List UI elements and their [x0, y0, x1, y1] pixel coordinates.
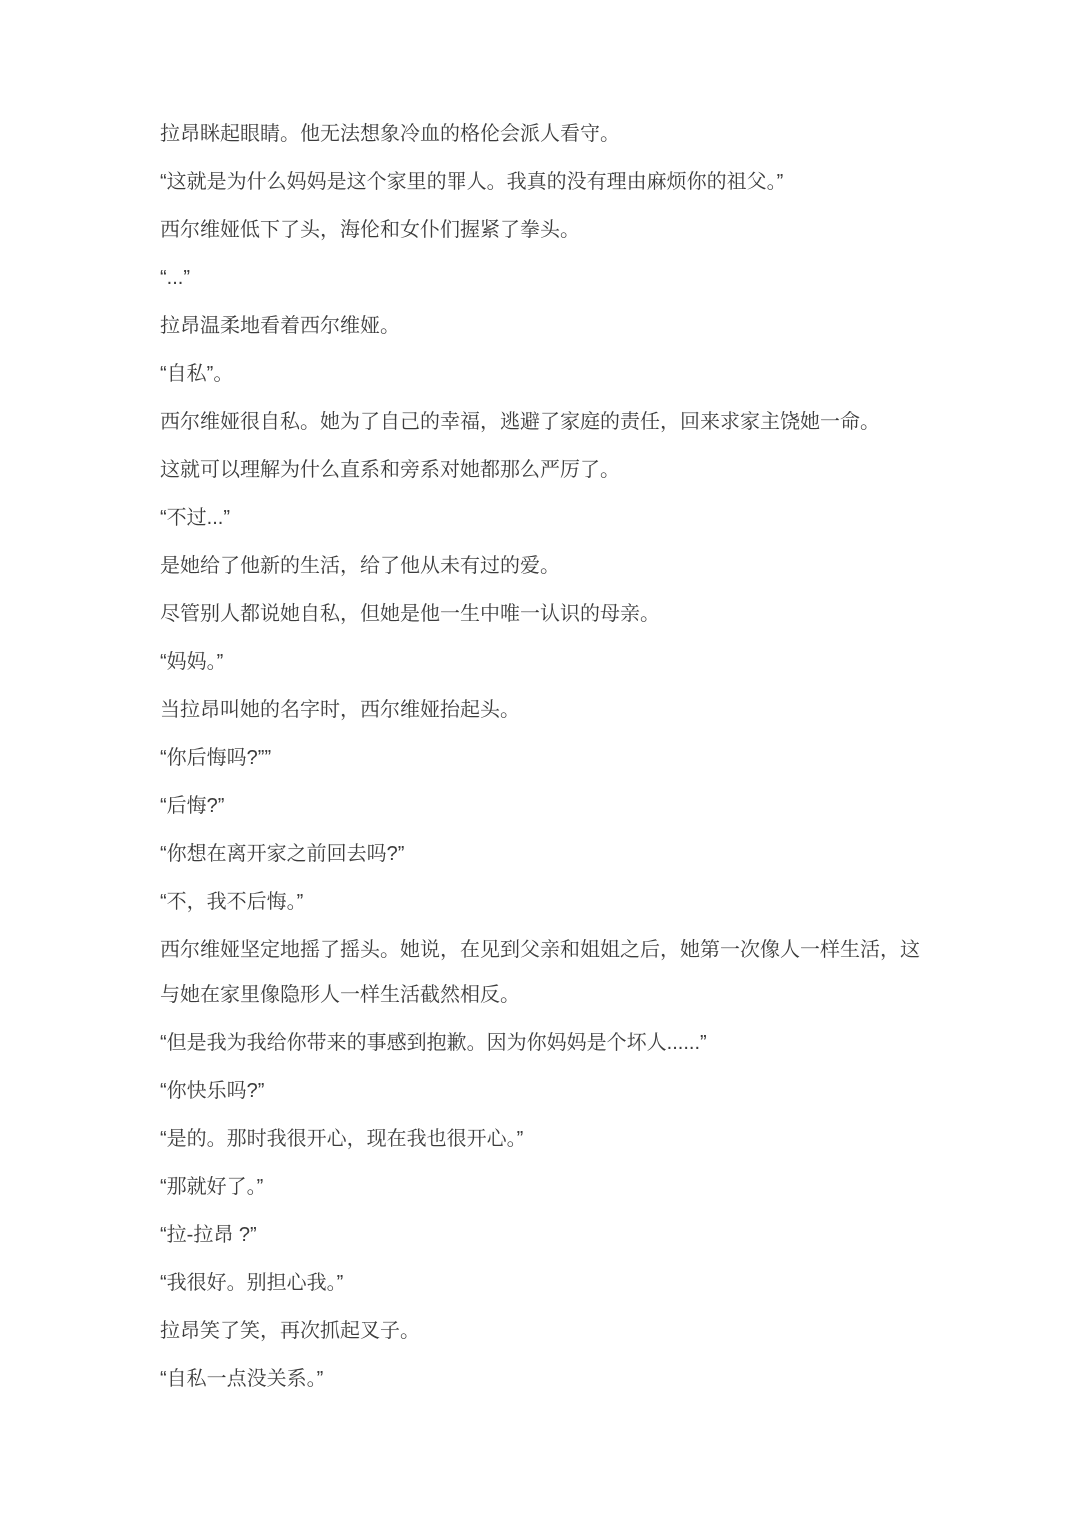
paragraph: 当拉昂叫她的名字时，西尔维娅抬起头。 — [160, 688, 932, 733]
paragraph: “但是我为我给你带来的事感到抱歉。因为你妈妈是个坏人......” — [160, 1021, 932, 1066]
paragraph: “...” — [160, 256, 932, 301]
document-body: 拉昂眯起眼睛。他无法想象冷血的格伦会派人看守。 “这就是为什么妈妈是这个家里的罪… — [160, 112, 932, 1402]
paragraph: “是的。那时我很开心，现在我也很开心。” — [160, 1117, 932, 1162]
paragraph: “拉-拉昂 ?” — [160, 1213, 932, 1258]
paragraph: 这就可以理解为什么直系和旁系对她都那么严厉了。 — [160, 448, 932, 493]
paragraph: 拉昂温柔地看着西尔维娅。 — [160, 304, 932, 349]
paragraph: 西尔维娅坚定地摇了摇头。她说，在见到父亲和姐姐之后，她第一次像人一样生活，这与她… — [160, 928, 932, 1018]
paragraph: “妈妈。” — [160, 640, 932, 685]
paragraph: “不，我不后悔。” — [160, 880, 932, 925]
paragraph: “我很好。别担心我。” — [160, 1261, 932, 1306]
paragraph: “你后悔吗?”” — [160, 736, 932, 781]
paragraph: “自私”。 — [160, 352, 932, 397]
paragraph: “你想在离开家之前回去吗?” — [160, 832, 932, 877]
paragraph: “自私一点没关系。” — [160, 1357, 932, 1402]
paragraph: “后悔?” — [160, 784, 932, 829]
paragraph: “你快乐吗?” — [160, 1069, 932, 1114]
paragraph: 拉昂笑了笑，再次抓起叉子。 — [160, 1309, 932, 1354]
paragraph: 拉昂眯起眼睛。他无法想象冷血的格伦会派人看守。 — [160, 112, 932, 157]
paragraph: 尽管别人都说她自私，但她是他一生中唯一认识的母亲。 — [160, 592, 932, 637]
paragraph: 是她给了他新的生活，给了他从未有过的爱。 — [160, 544, 932, 589]
paragraph: “那就好了。” — [160, 1165, 932, 1210]
paragraph: 西尔维娅低下了头，海伦和女仆们握紧了拳头。 — [160, 208, 932, 253]
paragraph: “不过...” — [160, 496, 932, 541]
paragraph: 西尔维娅很自私。她为了自己的幸福，逃避了家庭的责任，回来求家主饶她一命。 — [160, 400, 932, 445]
document-page: 拉昂眯起眼睛。他无法想象冷血的格伦会派人看守。 “这就是为什么妈妈是这个家里的罪… — [0, 0, 1074, 1519]
paragraph: “这就是为什么妈妈是这个家里的罪人。我真的没有理由麻烦你的祖父。” — [160, 160, 932, 205]
